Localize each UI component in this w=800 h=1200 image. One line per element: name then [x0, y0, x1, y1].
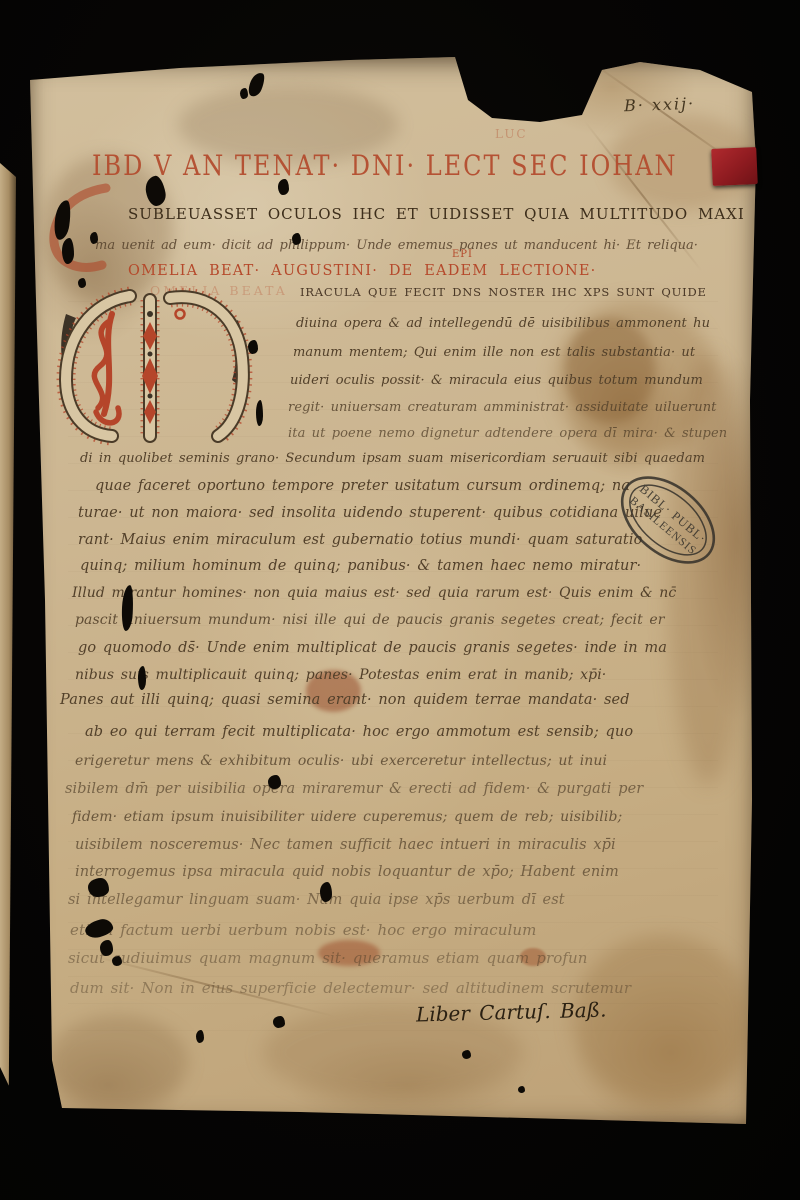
ex-libris: Liber Cartuſ. Baß.	[416, 998, 607, 1027]
ink-blot	[268, 775, 281, 789]
ink-blot	[240, 88, 248, 99]
text-line: rant· Maius enim miraculum est gubernati…	[78, 532, 642, 548]
ink-blot	[320, 882, 332, 902]
text-line: uisibilem nosceremus· Nec tamen sufficit…	[75, 837, 616, 853]
text-line: go quomodo ds̄· Unde enim multiplicat de…	[78, 640, 667, 656]
ink-blot	[518, 1086, 525, 1093]
facing-page-edge	[0, 163, 16, 1095]
text-line: regit· uniuersam creaturam amministrat· …	[288, 400, 717, 415]
ink-blot	[90, 232, 98, 244]
text-line: manum mentem; Qui enim ille non est tali…	[293, 345, 695, 360]
ink-blot	[112, 956, 122, 966]
ink-blot	[100, 940, 113, 956]
ink-blot	[62, 238, 74, 264]
homily-rubric-superscript: EPI	[452, 249, 473, 260]
illuminated-initial-m	[52, 284, 257, 449]
text-line: sibilem dm̄ per uisibilia opera miraremu…	[65, 781, 643, 797]
ink-blot	[78, 278, 86, 288]
text-line: si intellegamur linguam suam· Nam quia i…	[68, 892, 565, 908]
ink-blot	[196, 1030, 204, 1043]
text-line: nibus suis multiplicauit quinq; panes· P…	[75, 667, 606, 683]
text-line: quae faceret oportuno tempore preter usi…	[95, 478, 630, 494]
text-line: dum sit· Non in eius superficie delectem…	[70, 979, 631, 997]
ink-blot	[273, 1016, 285, 1028]
incipit-line: ma uenit ad eum· dicit ad philippum· Und…	[95, 238, 698, 253]
heading-rubric: IBD V AN TENAT· DNI· LECT SEC IOHAN	[92, 149, 678, 182]
text-line: interrogemus ipsa miracula quid nobis lo…	[75, 864, 619, 880]
manuscript-page: B· xxij· LUC IBD V AN TENAT· DNI· LECT S…	[28, 55, 758, 1128]
library-stamp: BIBL· PUBL· BASILEENSIS	[608, 463, 728, 578]
text-line: etiam factum uerbi uerbum nobis est· hoc…	[70, 921, 536, 939]
text-line: Illud mirantur homines· non quia maius e…	[72, 585, 676, 601]
text-line: uideri oculis possit· & miracula eius qu…	[290, 373, 703, 388]
text-line: Panes aut illi quinq; quasi semina erant…	[60, 692, 630, 708]
ink-blot	[292, 233, 301, 245]
homily-rubric: OMELIA BEAT· AUGUSTINI· DE EADEM LECTION…	[128, 263, 596, 279]
text-line: diuina opera & ad intellegendū dē uisibi…	[296, 316, 710, 331]
text-line: pascit uniuersum mundum· nisi ille qui d…	[75, 612, 665, 628]
ink-blot	[462, 1050, 471, 1059]
incipit-caps: SUBLEUASSET OCULOS IHC ET UIDISSET QUIA …	[128, 205, 745, 223]
ink-blot	[138, 666, 146, 690]
ink-blot	[278, 179, 289, 195]
text-line: erigeretur mens & exhibitum oculis· ubi …	[75, 753, 607, 769]
faded-mark: LUC	[495, 127, 528, 141]
shelfmark: B· xxij·	[624, 94, 696, 115]
red-bookmark-tab	[711, 147, 758, 186]
ink-blot	[246, 70, 267, 98]
ink-blot	[256, 400, 263, 426]
text-line: IRACULA QUE FECIT DNS NOSTER IHC XPS SUN…	[300, 285, 707, 299]
text-line: turae· ut non maiora· sed insolita uiden…	[78, 505, 662, 521]
ink-blot	[248, 340, 258, 354]
text-line: sicut audiuimus quam magnum sit· queramu…	[68, 949, 588, 967]
text-line: quinq; milium hominum de quinq; panibus·…	[80, 558, 641, 574]
text-line: ita ut poene nemo dignetur adtendere ope…	[288, 426, 727, 441]
ink-blot	[88, 878, 109, 897]
text-line: ab eo qui terram fecit multiplicata· hoc…	[85, 724, 633, 740]
text-line: fidem· etiam ipsum inuisibiliter uidere …	[72, 809, 622, 825]
